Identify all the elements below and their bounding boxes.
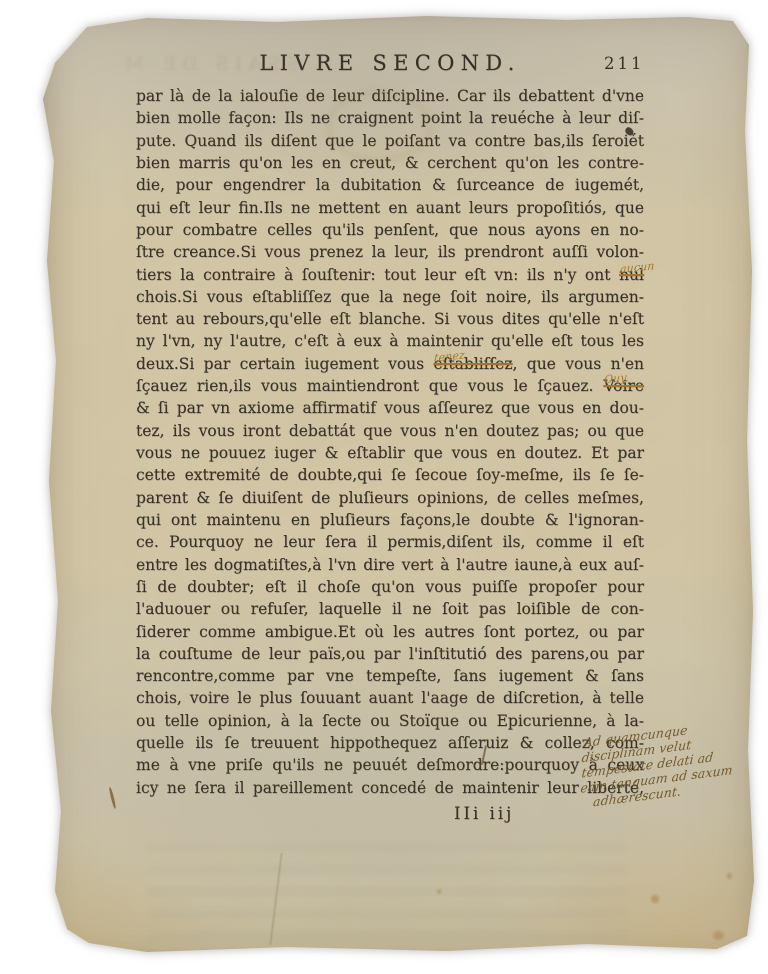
struck-word: eſtabliſſeztenez [433, 355, 512, 373]
body-line: & ſi par vn axiome affirmatif vous aſſeu… [136, 397, 644, 419]
scan-background: { "header": { "title": "LIVRE SECOND.", … [0, 0, 768, 974]
body-line: ny l'vn, ny l'autre, c'eſt à eux à maint… [136, 330, 644, 352]
body-line: rencontre,comme par vne tempeſte, ſans i… [136, 665, 644, 687]
page-title: LIVRE SECOND. [136, 51, 644, 75]
body-line: ſiderer comme ambigue.Et où les autres ſ… [136, 621, 644, 643]
handwritten-correction: aucun [619, 255, 655, 281]
handwritten-correction: Ouy, [603, 367, 629, 392]
struck-word: nulaucun [619, 266, 644, 284]
body-line-text: ſçauez rien,ils vous maintiendront que v… [136, 377, 603, 395]
book-page: SSAIS DE M LIVRE SECOND. 211 par là de l… [27, 11, 756, 959]
body-line: deux.Si par certain iugement vous eſtabl… [136, 353, 644, 375]
signature-mark: IIi iij [454, 804, 514, 823]
show-through-streaks [147, 843, 627, 951]
body-line: icy ne ſera il pareillement concedé de m… [136, 777, 644, 799]
body-line: chois, voire le plus ſouuant auant l'aag… [136, 687, 644, 709]
hand-bracket-mark [108, 787, 116, 809]
body-line: vous ne pouuez iuger & eſtablir que vous… [136, 442, 644, 464]
body-line: entre les dogmatiſtes,à l'vn dire vert à… [136, 554, 644, 576]
body-line: la couſtume de leur païs,ou par l'inſtit… [136, 643, 644, 665]
body-line: tez, ils vous iront debattát que vous n'… [136, 420, 644, 442]
body-line: bien marris qu'on les en creut, & cerche… [136, 152, 644, 174]
body-line: pour combatre celles qu'ils penſent, que… [136, 219, 644, 241]
body-line-text: tiers la contraire à ſouſtenir: tout leu… [136, 266, 619, 284]
scan-shadow-wrapper: SSAIS DE M LIVRE SECOND. 211 par là de l… [0, 0, 768, 974]
foxing-spot [651, 895, 659, 903]
gutter-edge-shading [27, 11, 45, 959]
body-line-text: deux.Si par certain iugement vous [136, 355, 433, 373]
foxing-spot [713, 931, 724, 940]
body-line: ou telle opinion, à la ſecte ou Stoïque … [136, 710, 644, 732]
body-line: qui eſt leur fin.Ils ne mettent en auant… [136, 197, 644, 219]
body-line: ſtre creance.Si vous prenez la leur, ils… [136, 241, 644, 263]
struck-word: VoireOuy, [603, 377, 644, 395]
page-number: 211 [604, 54, 645, 73]
body-line: ce. Pourquoy ne leur ſera il permis,diſe… [136, 531, 644, 553]
body-line: qui ont maintenu en pluſieurs façons,le … [136, 509, 644, 531]
body-line: ſçauez rien,ils vous maintiendront que v… [136, 375, 644, 397]
body-line: tiers la contraire à ſouſtenir: tout leu… [136, 264, 644, 286]
body-line: die, pour engendrer la dubitation & ſurc… [136, 174, 644, 196]
edge-discoloration [28, 47, 39, 179]
edge-discoloration [30, 609, 38, 669]
body-line: me à vne priſe qu'ils ne peuuét deſmordr… [136, 754, 644, 776]
body-line: ſi de doubter; eſt il choſe qu'on vous p… [136, 576, 644, 598]
body-line: l'aduouer ou refuſer, laquelle il ne ſoi… [136, 598, 644, 620]
edge-discoloration [27, 837, 41, 955]
paper-crease [269, 853, 282, 944]
body-line: quelle ils ſe treuuent hippothequez aſſe… [136, 732, 644, 754]
body-text: par là de la ialouſie de leur diſcipline… [136, 85, 644, 799]
handwritten-correction: tenez [433, 344, 465, 370]
foxing-spot [727, 873, 732, 879]
running-header: LIVRE SECOND. 211 [136, 51, 644, 81]
body-line: par là de la ialouſie de leur diſcipline… [136, 85, 644, 107]
foxing-spot [437, 889, 441, 894]
body-line: cette extremité de doubte,qui ſe ſecoue … [136, 464, 644, 486]
body-line: tent au rebours,qu'elle eſt blanche. Si … [136, 308, 644, 330]
body-line: chois.Si vous eſtabliſſez que la nege ſo… [136, 286, 644, 308]
body-line: bien molle façon: Ils ne craignent point… [136, 107, 644, 129]
body-line: pute. Quand ils diſent que le poiſant va… [136, 130, 644, 152]
body-line: parent & ſe diuiſent de pluſieurs opinio… [136, 487, 644, 509]
